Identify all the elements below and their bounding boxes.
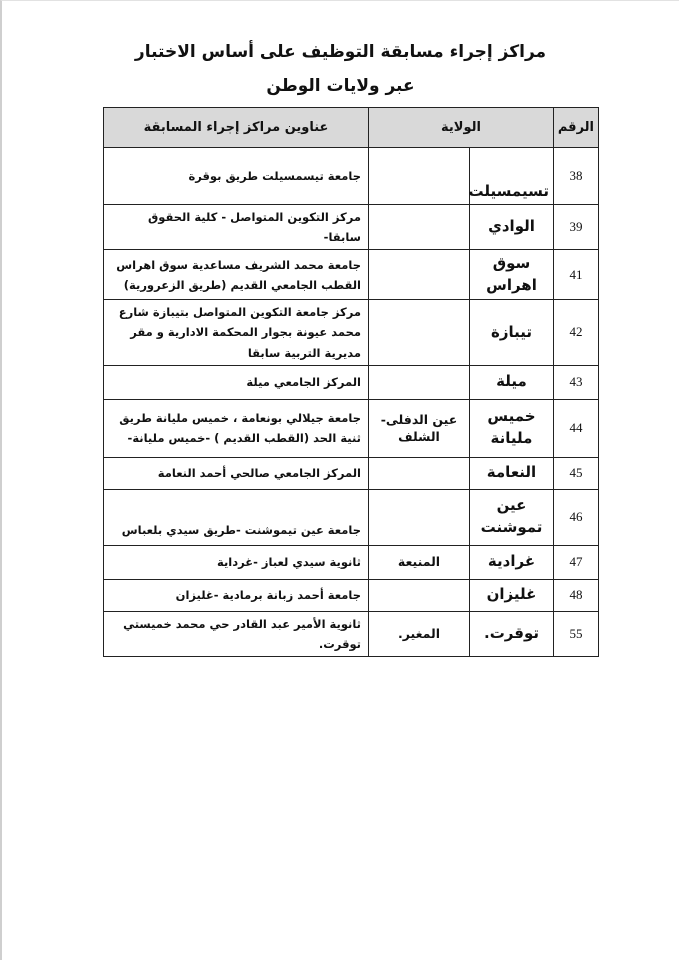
wilaya-subregion-cell (369, 300, 470, 365)
wilaya-name-cell: غليزان (470, 579, 554, 611)
wilaya-name-cell: سوق اهراس (470, 250, 554, 300)
wilaya-name-cell: عين تموشنت (470, 489, 554, 545)
center-address-cell: جامعة عين تيموشنت -طريق سيدي بلعباس (104, 489, 369, 545)
center-address-cell: مركز جامعة التكوين المتواصل بتيبازة شارع… (104, 300, 369, 365)
table-row: 43 ميلة المركز الجامعي ميلة (104, 365, 599, 399)
header-wilaya: الولاية (369, 108, 554, 148)
table-row: 47 غرادية المنيعة ثانوية سيدي لعباز -غرد… (104, 545, 599, 579)
header-centers: عناوين مراكز إجراء المسابقة (104, 108, 369, 148)
center-address-cell: ثانوية الأمير عبد القادر حي محمد خميستي … (104, 611, 369, 656)
center-address-cell: جامعة تيسمسيلت طريق بوقرة (104, 148, 369, 205)
wilaya-name-cell: توقرت. (470, 611, 554, 656)
wilaya-subregion-cell: المنيعة (369, 545, 470, 579)
center-address-cell: المركز الجامعي ميلة (104, 365, 369, 399)
wilaya-subregion-cell: عين الدفلى- الشلف (369, 399, 470, 457)
wilaya-subregion-cell (369, 457, 470, 489)
table-header-row: الرقم الولاية عناوين مراكز إجراء المسابق… (104, 108, 599, 148)
wilaya-name-cell: النعامة (470, 457, 554, 489)
table-row: 48 غليزان جامعة أحمد زبانة برمادية -غليز… (104, 579, 599, 611)
wilaya-subregion-cell (369, 148, 470, 205)
wilaya-subregion-cell: المغير. (369, 611, 470, 656)
wilaya-subregion-cell (369, 250, 470, 300)
header-number: الرقم (554, 108, 599, 148)
wilaya-subregion-cell (369, 365, 470, 399)
row-number-cell: 44 (554, 399, 599, 457)
table-row: 45 النعامة المركز الجامعي صالحي أحمد الن… (104, 457, 599, 489)
row-number-cell: 55 (554, 611, 599, 656)
wilaya-name-cell: خميس مليانة (470, 399, 554, 457)
row-number-cell: 41 (554, 250, 599, 300)
row-number-cell: 43 (554, 365, 599, 399)
row-number-cell: 48 (554, 579, 599, 611)
page: { "page": { "title_line1": "مراكز إجراء … (0, 0, 679, 960)
exam-centers-table: الرقم الولاية عناوين مراكز إجراء المسابق… (103, 107, 599, 657)
document-title-line2: عبر ولايات الوطن (2, 69, 679, 103)
table-row: 46 عين تموشنت جامعة عين تيموشنت -طريق سي… (104, 489, 599, 545)
table-row: 44 خميس مليانة عين الدفلى- الشلف جامعة ج… (104, 399, 599, 457)
table-row: 42 تيبازة مركز جامعة التكوين المتواصل بت… (104, 300, 599, 365)
row-number-cell: 39 (554, 205, 599, 250)
center-address-cell: جامعة جيلالي بونعامة ، خميس مليانة طريق … (104, 399, 369, 457)
table-row: 41 سوق اهراس جامعة محمد الشريف مساعدية س… (104, 250, 599, 300)
wilaya-name-cell: ميلة (470, 365, 554, 399)
row-number-cell: 38 (554, 148, 599, 205)
center-address-cell: جامعة محمد الشريف مساعدية سوق اهراس القط… (104, 250, 369, 300)
wilaya-name-cell: تسيمسيلت (470, 148, 554, 205)
row-number-cell: 47 (554, 545, 599, 579)
document-title-line1: مراكز إجراء مسابقة التوظيف على أساس الاخ… (2, 35, 679, 69)
table-header: الرقم الولاية عناوين مراكز إجراء المسابق… (104, 108, 599, 148)
table-row: 38 تسيمسيلت جامعة تيسمسيلت طريق بوقرة (104, 148, 599, 205)
row-number-cell: 42 (554, 300, 599, 365)
wilaya-subregion-cell (369, 205, 470, 250)
wilaya-name-cell: الوادي (470, 205, 554, 250)
center-address-cell: مركز التكوين المتواصل - كلية الحقوق سابق… (104, 205, 369, 250)
center-address-cell: ثانوية سيدي لعباز -غرداية (104, 545, 369, 579)
table-body: 38 تسيمسيلت جامعة تيسمسيلت طريق بوقرة 39… (104, 148, 599, 657)
table-row: 39 الوادي مركز التكوين المتواصل - كلية ا… (104, 205, 599, 250)
table-row: 55 توقرت. المغير. ثانوية الأمير عبد القا… (104, 611, 599, 656)
wilaya-name-cell: تيبازة (470, 300, 554, 365)
document-title: مراكز إجراء مسابقة التوظيف على أساس الاخ… (2, 35, 679, 103)
wilaya-name-cell: غرادية (470, 545, 554, 579)
center-address-cell: جامعة أحمد زبانة برمادية -غليزان (104, 579, 369, 611)
row-number-cell: 46 (554, 489, 599, 545)
wilaya-subregion-cell (369, 489, 470, 545)
wilaya-subregion-cell (369, 579, 470, 611)
center-address-cell: المركز الجامعي صالحي أحمد النعامة (104, 457, 369, 489)
row-number-cell: 45 (554, 457, 599, 489)
